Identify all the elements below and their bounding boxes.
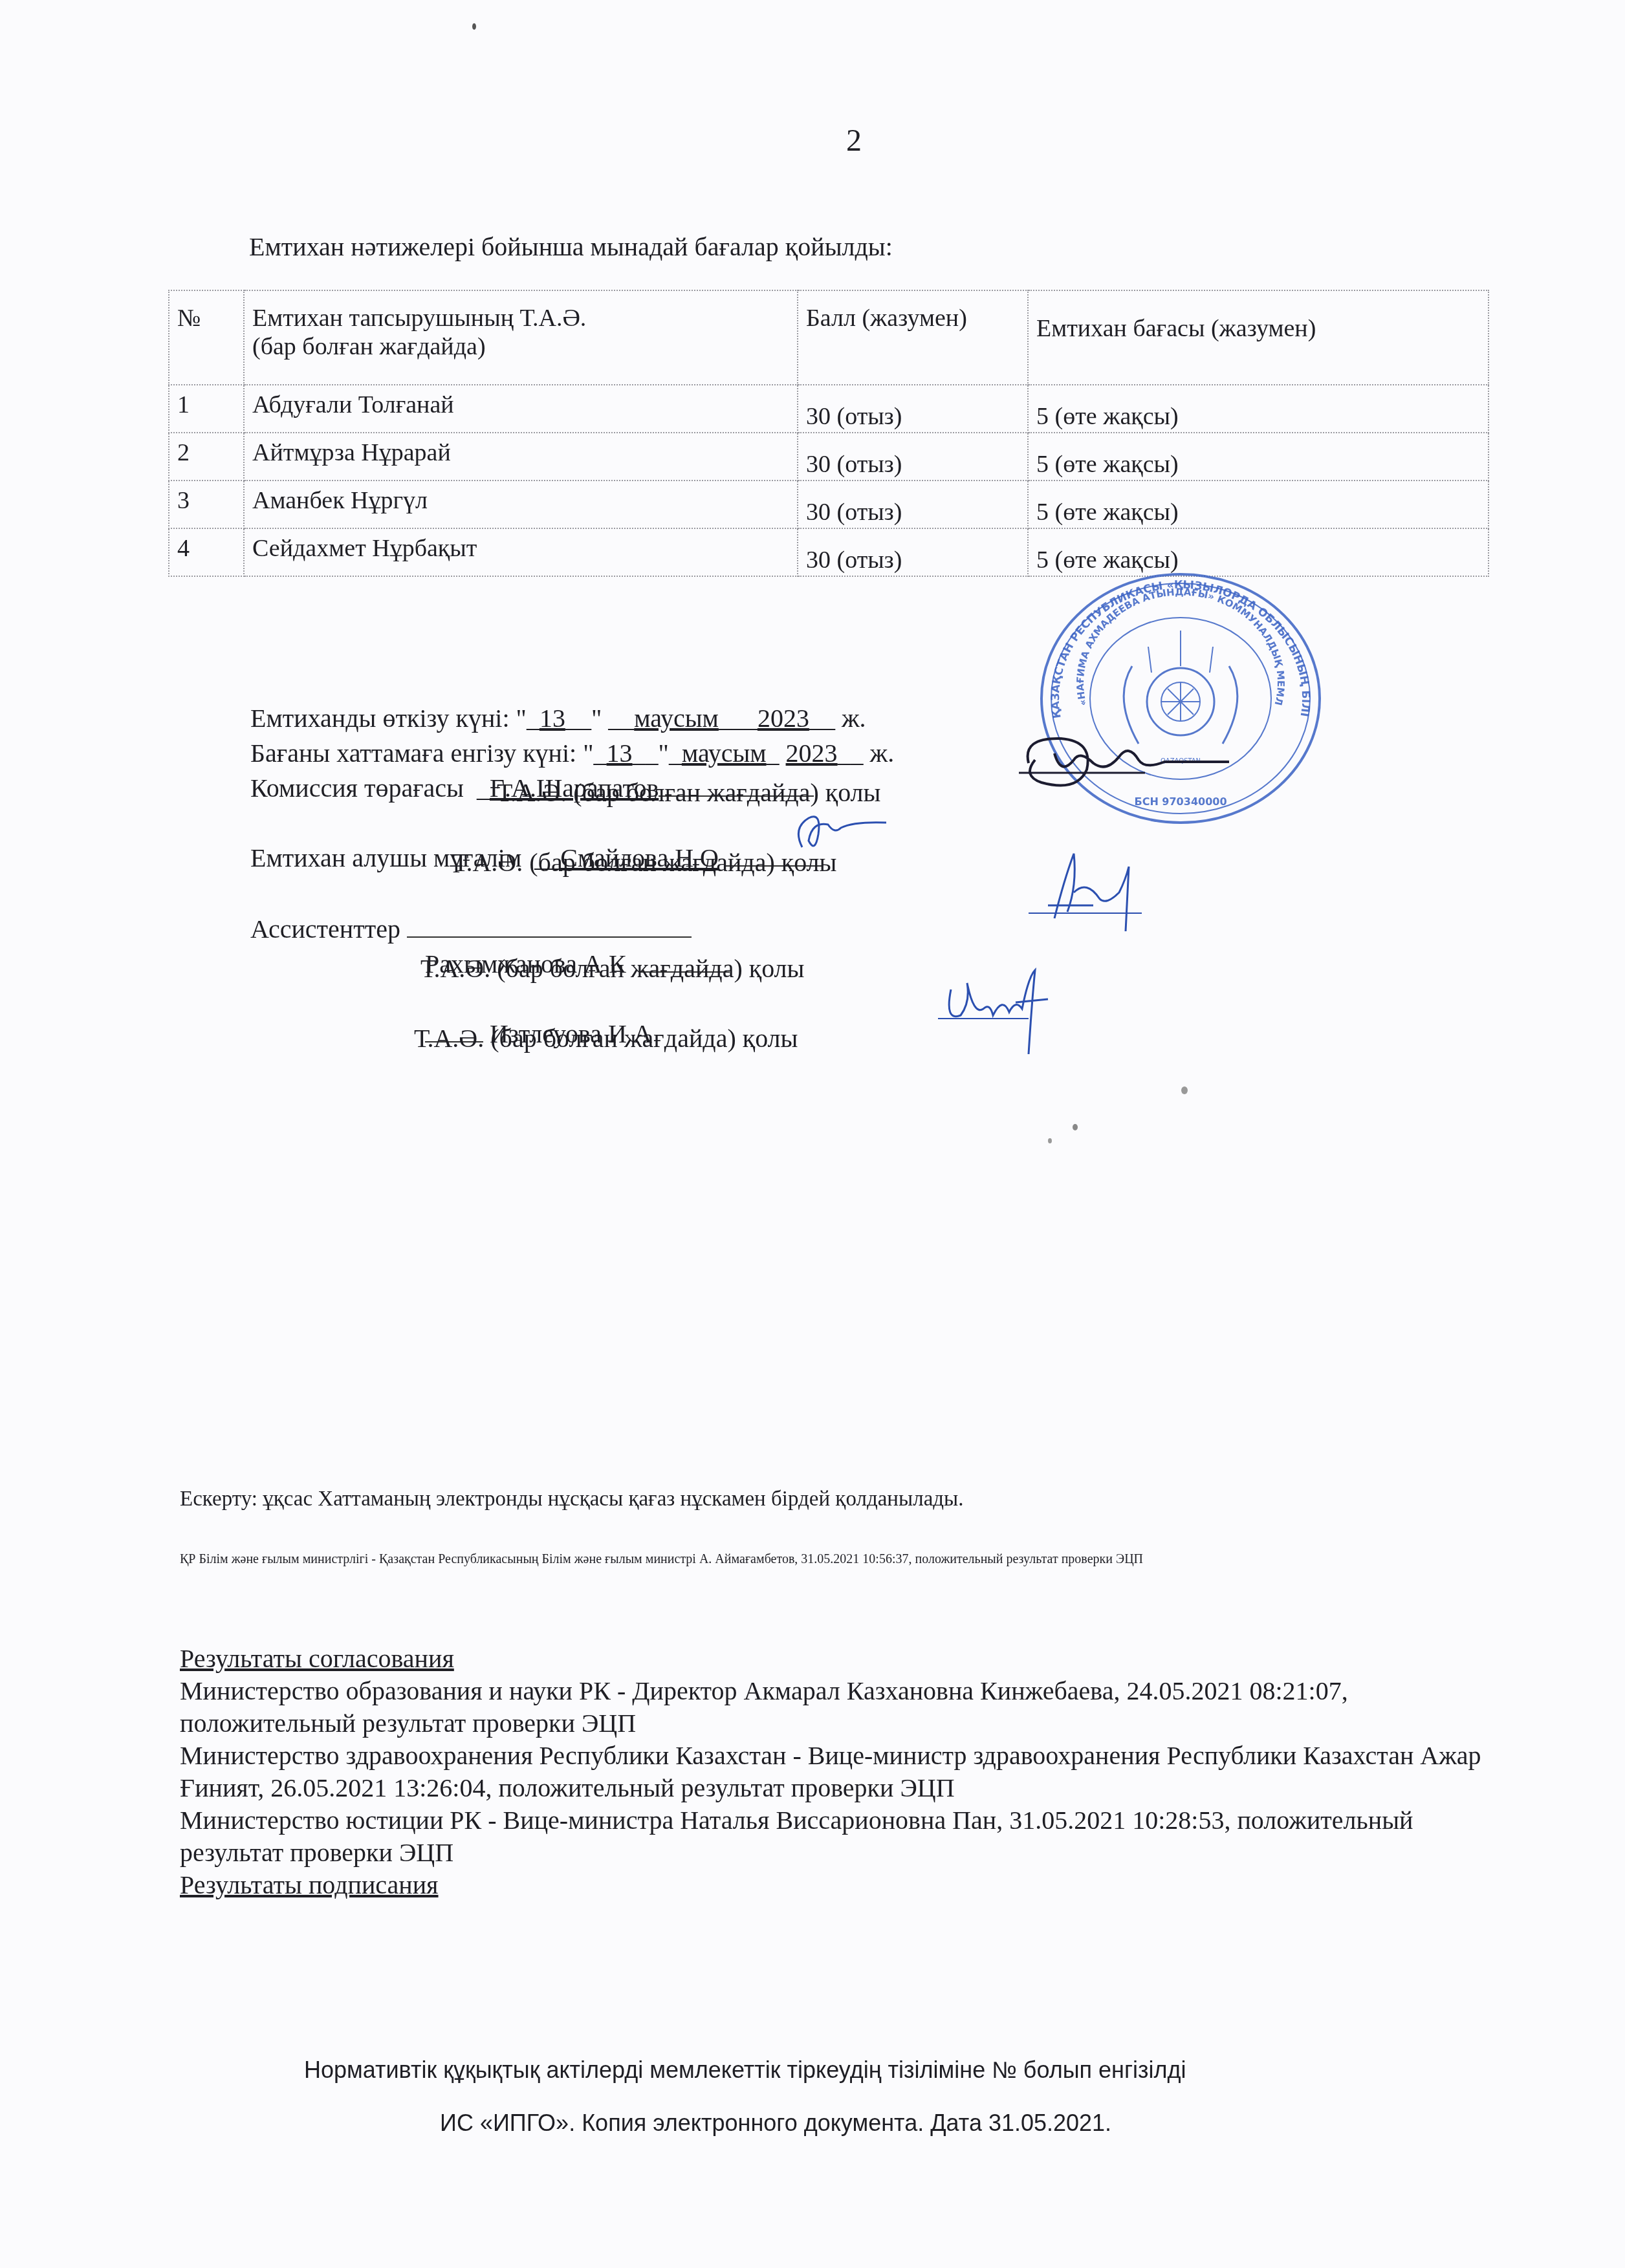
approval-entry: Министерство здравоохранения Республики … [180,1740,1506,1804]
table-header-row: № Емтихан тапсырушының Т.А.Ә. (бар болға… [169,290,1489,385]
table-row: 2 Айтмұрза Нұрарай 30 (отыз) 5 (өте жақс… [169,433,1489,481]
header-number: № [169,290,244,385]
cell-grade: 5 (өте жақсы) [1028,481,1489,528]
header-student-name-line1: Емтихан тапсырушының Т.А.Ә. [252,304,789,332]
cell-score: 30 (отыз) [798,481,1028,528]
intro-text: Емтихан нәтижелері бойынша мынадай бағал… [249,232,893,262]
cell-name: Сейдахмет Нұрбақыт [244,528,798,576]
signing-heading: Результаты подписания [180,1869,1506,1901]
cell-number: 1 [169,385,244,433]
cell-number: 2 [169,433,244,481]
chair-caption: Т.А.Ә. (бар болған жағдайда) қолы [497,777,880,808]
cell-name: Аманбек Нұргүл [244,481,798,528]
cell-number: 3 [169,481,244,528]
header-student-name-line2: (бар болған жағдайда) [252,332,789,361]
copy-line: ИС «ИПГО». Копия электронного документа.… [440,2110,1111,2137]
scan-speck [472,23,476,30]
registry-line: Нормативтік құқықтық актілерді мемлекетт… [304,2057,1186,2084]
cell-name: Айтмұрза Нұрарай [244,433,798,481]
scan-speck [1073,1124,1078,1130]
cell-score: 30 (отыз) [798,528,1028,576]
assistant2-signature-icon [938,964,1067,1061]
scan-speck [1181,1086,1188,1094]
page-number: 2 [846,123,862,158]
teacher-caption: Т.А.Ә. (бар болған жағдайда) қолы [453,847,836,878]
table-row: 1 Абдуғали Толғанай 30 (отыз) 5 (өте жақ… [169,385,1489,433]
note-text: Ескерту: ұқсас Хаттаманың электронды нұс… [180,1487,964,1511]
approval-entry: Министерство образования и науки РК - Ди… [180,1675,1506,1740]
entry-year-suffix: ж. [870,739,895,768]
approval-results: Результаты согласования Министерство обр… [180,1643,1506,1901]
header-grade: Емтихан бағасы (жазумен) [1028,290,1489,385]
cell-score: 30 (отыз) [798,385,1028,433]
svg-text:БСН 970340000: БСН 970340000 [1134,795,1227,808]
assistants-label: Ассистенттер [250,914,400,944]
header-student-name: Емтихан тапсырушының Т.А.Ә. (бар болған … [244,290,798,385]
cell-number: 4 [169,528,244,576]
teacher-signature-icon [789,808,893,860]
assistant1-caption: Т.А.Ә. (бар болған жағдайда) қолы [420,953,804,984]
cell-grade: 5 (өте жақсы) [1028,433,1489,481]
chair-signature-icon [1016,724,1236,795]
cell-name: Абдуғали Толғанай [244,385,798,433]
grades-table: № Емтихан тапсырушының Т.А.Ә. (бар болға… [168,290,1489,577]
approval-entry: Министерство юстиции РК - Вице-министра … [180,1804,1506,1869]
header-score: Балл (жазумен) [798,290,1028,385]
scan-speck [1048,1138,1052,1143]
cell-grade: 5 (өте жақсы) [1028,385,1489,433]
ecp-signature-line: ҚР Білім және ғылым министрлігі - Қазақс… [180,1552,1143,1567]
approval-heading: Результаты согласования [180,1643,1506,1675]
chair-label: Комиссия төрағасы [250,773,464,803]
assistant2-caption: Т.А.Ә. (бар болған жағдайда) қолы [414,1023,798,1053]
assistant1-signature-icon [1029,841,1145,938]
table-row: 3 Аманбек Нұргүл 30 (отыз) 5 (өте жақсы) [169,481,1489,528]
cell-score: 30 (отыз) [798,433,1028,481]
